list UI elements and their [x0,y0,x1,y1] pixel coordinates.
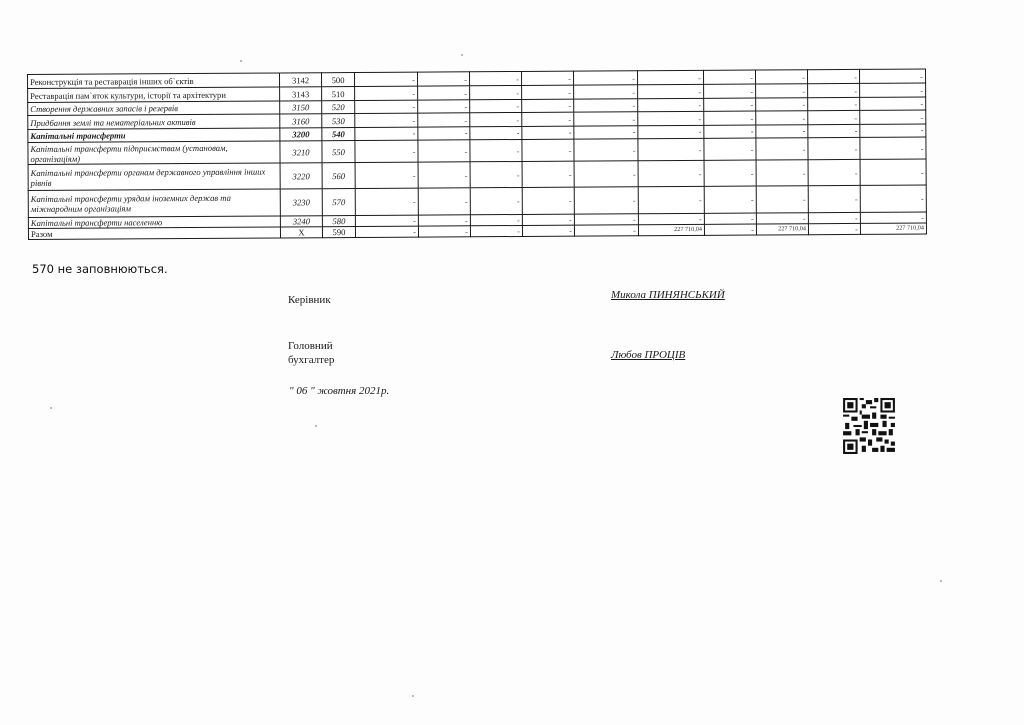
row-name-cell: Реконструкція та реставрація інших об`єк… [28,73,280,89]
value-cell: - [638,84,704,98]
value-cell: - [418,140,470,162]
value-cell: - [807,69,859,83]
value-cell: - [638,213,704,224]
value-cell: - [573,71,637,85]
value-cell: - [417,72,469,86]
value-cell: - [470,161,522,187]
value-cell: - [522,161,574,187]
value-cell: - [704,138,756,160]
value-cell: - [574,139,638,161]
row-line-cell: 500 [321,72,354,86]
value-cell: 227 710,04 [638,224,704,235]
value-cell: - [418,226,470,237]
value-cell: - [860,212,926,223]
value-cell: - [808,223,860,234]
value-cell: - [355,188,418,215]
value-cell: - [522,187,574,214]
value-cell: - [521,71,573,85]
value-cell: - [704,160,756,186]
scan-speck [461,54,463,56]
row-name-cell: Реставрація пам`яток культури, історії т… [28,87,280,103]
qr-code-icon [843,398,895,454]
value-cell: - [418,162,470,188]
value-cell: - [574,112,638,126]
value-cell: - [637,70,703,84]
value-cell: - [574,161,638,187]
row-name-cell: Придбання землі та нематеріальних активі… [28,114,280,130]
value-cell: - [808,137,860,159]
row-code-cell: 3230 [280,189,322,216]
value-cell: - [638,160,704,186]
accountant-name: Любов ПРОЦІВ [611,349,685,361]
value-cell: - [355,226,418,237]
value-cell: - [756,213,808,224]
value-cell: - [469,71,521,85]
value-cell: - [470,139,522,161]
row-code-cell: 3150 [280,101,322,114]
value-cell: - [703,70,755,84]
value-cell: 227 710,04 [860,223,926,234]
scan-speck [412,695,414,697]
value-cell: - [354,72,417,86]
value-cell: - [808,124,860,137]
row-code-cell: 3240 [280,216,322,227]
value-cell: - [808,97,860,110]
value-cell: - [418,100,470,113]
row-line-cell: 580 [322,215,355,226]
row-code-cell: 3200 [280,128,322,141]
footnote: 570 не заповнюються. [32,262,168,276]
scan-speck [240,60,242,62]
value-cell: - [808,110,860,124]
value-cell: - [418,86,470,100]
value-cell: - [470,85,522,99]
value-cell: - [522,85,574,99]
value-cell: - [860,159,926,185]
value-cell: - [355,127,418,140]
value-cell: - [756,125,808,138]
value-cell: - [522,139,574,161]
value-cell: - [574,214,638,225]
value-cell: - [355,162,418,188]
row-line-cell: 510 [322,86,355,100]
value-cell: - [470,214,522,225]
value-cell: - [756,84,808,98]
value-cell: - [574,126,638,139]
row-code-cell: 3220 [280,163,322,189]
row-line-cell: 570 [322,188,355,215]
value-cell: - [860,97,926,110]
value-cell: - [756,160,808,186]
value-cell: - [418,113,470,127]
value-cell: - [704,213,756,224]
row-code-cell: 3143 [280,87,322,101]
value-cell: - [355,100,418,113]
value-cell: - [755,70,807,84]
head-name: Микола ПИНЯНСЬКИЙ [611,289,725,301]
value-cell: - [522,126,574,139]
value-cell: - [355,113,418,127]
scan-speck [315,425,317,427]
value-cell: - [522,112,574,126]
value-cell: - [522,225,574,236]
value-cell: - [704,84,756,98]
value-cell: - [808,159,860,185]
value-cell: - [470,187,522,214]
row-line-cell: 520 [322,100,355,113]
value-cell: - [638,125,704,138]
row-code-cell: 3210 [280,141,322,163]
row-code-cell: 3160 [280,114,322,128]
value-cell: - [704,186,756,213]
head-label: Керівник [288,293,331,307]
scanned-page: Реконструкція та реставрація інших об`єк… [0,0,1024,725]
value-cell: - [860,124,926,137]
row-name-cell: Капітальні трансферти органам державного… [28,163,280,191]
value-cell: - [574,85,638,99]
value-cell: - [355,86,418,100]
value-cell: - [704,111,756,125]
value-cell: - [638,186,704,213]
value-cell: - [418,215,470,226]
value-cell: - [808,212,860,223]
value-cell: - [638,111,704,125]
row-line-cell: 560 [322,162,355,188]
row-code-cell: 3142 [279,73,321,87]
value-cell: - [355,140,418,162]
value-cell: 227 710,04 [756,224,808,235]
value-cell: - [470,126,522,139]
row-name-cell: Капітальні трансферти підприємствам (уст… [28,141,280,165]
value-cell: - [756,186,808,213]
row-name-cell: Капітальні трансферти урядам іноземних д… [28,189,280,218]
value-cell: - [860,137,926,159]
report-date: " 06 " жовтня 2021р. [289,385,389,397]
value-cell: - [808,185,860,212]
row-code-cell: X [280,227,322,238]
scan-speck [50,407,52,409]
row-line-cell: 590 [322,226,355,237]
row-line-cell: 530 [322,113,355,127]
value-cell: - [355,215,418,226]
accountant-label: Головний бухгалтер [288,339,334,367]
value-cell: - [574,225,638,236]
value-cell: - [574,99,638,112]
value-cell: - [638,138,704,160]
value-cell: - [860,83,926,97]
value-cell: - [704,224,756,235]
value-cell: - [859,69,925,83]
accountant-label-line2: бухгалтер [288,353,334,367]
value-cell: - [860,185,926,212]
value-cell: - [756,138,808,160]
scan-speck [940,580,942,582]
value-cell: - [522,99,574,112]
accountant-label-line1: Головний [288,339,334,353]
value-cell: - [522,214,574,225]
value-cell: - [638,98,704,111]
value-cell: - [808,83,860,97]
value-cell: - [574,187,638,214]
value-cell: - [756,111,808,125]
value-cell: - [860,110,926,124]
value-cell: - [470,99,522,112]
report-table: Реконструкція та реставрація інших об`єк… [27,69,927,240]
row-line-cell: 550 [322,140,355,162]
value-cell: - [470,112,522,126]
value-cell: - [756,98,808,111]
row-line-cell: 540 [322,127,355,140]
value-cell: - [704,98,756,111]
row-name-cell: Разом [28,227,280,240]
value-cell: - [418,188,470,215]
value-cell: - [704,125,756,138]
value-cell: - [418,127,470,140]
value-cell: - [470,225,522,236]
